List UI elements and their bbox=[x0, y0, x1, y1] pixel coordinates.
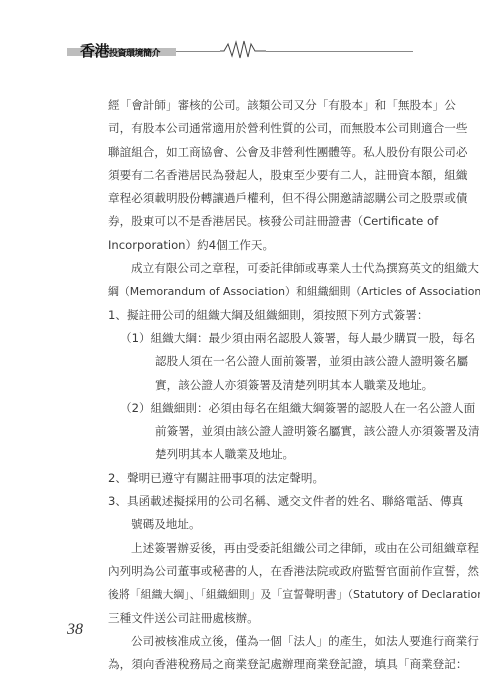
list-item-1: 1、擬註冊公司的組織大綱及組織細則，須按照下列方式簽署： bbox=[108, 304, 414, 327]
sublist-item-2-cont: 楚列明其本人職業及地址。 bbox=[108, 443, 414, 466]
header-title-small: 投資環境簡介 bbox=[109, 46, 160, 59]
paragraph-line: 上述簽署辦妥後，再由受委託組織公司之律師，或由在公司組織章程 bbox=[108, 537, 414, 560]
list-item-2: 2、聲明已遵守有關註冊事項的法定聲明。 bbox=[108, 467, 414, 490]
paragraph-line: 須要有二名香港居民為發起人，股東至少要有二人，註冊資本額，組織 bbox=[108, 164, 414, 187]
sublist-item-2: （2）組織細則：必須由每名在組織大綱簽署的認股人在一名公證人面 bbox=[108, 397, 414, 420]
paragraph-line: 後將「組織大綱」、「組織細則」及「宣誓聲明書」（Statutory of Dec… bbox=[108, 583, 414, 606]
paragraph-line: 經「會計師」審核的公司。該類公司又分「有股本」和「無股本」公 bbox=[108, 94, 414, 117]
sublist-item-1: （1）組織大綱：最少須由兩名認股人簽署，每人最少購買一股，每名 bbox=[108, 327, 414, 350]
paragraph-line: 券，股東可以不是香港居民。核發公司註冊證書（Certificate of bbox=[108, 210, 414, 233]
sublist-item-2-cont: 前簽署，並須由該公證人證明簽名屬實，該公證人亦須簽署及清 bbox=[108, 420, 414, 443]
paragraph-line: 為，須向香港稅務局之商業登記處辦理商業登記證，填具「商業登記： bbox=[108, 653, 414, 676]
running-header: 香港 投資環境簡介 bbox=[0, 0, 480, 70]
sublist-item-1-cont: 實，該公證人亦須簽署及清楚列明其本人職業及地址。 bbox=[108, 374, 414, 397]
paragraph-line: 內列明為公司董事或秘書的人，在香港法院或政府監誓官面前作宣誓，然 bbox=[108, 560, 414, 583]
header-rule bbox=[176, 51, 413, 52]
paragraph-line: 司，有股本公司通常適用於營利性質的公司，而無股本公司則適合一些 bbox=[108, 117, 414, 140]
header-title: 香港 投資環境簡介 bbox=[80, 40, 160, 58]
list-item-3-cont: 號碼及地址。 bbox=[108, 513, 414, 536]
page-number: 38 bbox=[67, 621, 83, 639]
paragraph-line: Incorporation）約4個工作天。 bbox=[108, 234, 414, 257]
body-text: 經「會計師」審核的公司。該類公司又分「有股本」和「無股本」公 司，有股本公司通常… bbox=[108, 94, 414, 676]
paragraph-line: 綱（Memorandum of Association）和組織細則（Articl… bbox=[108, 280, 414, 303]
heartbeat-wave-icon bbox=[220, 38, 266, 64]
paragraph-line: 章程必須載明股份轉讓過戶權利，但不得公開邀請認購公司之股票或債 bbox=[108, 187, 414, 210]
paragraph-line: 三種文件送公司註冊處核辦。 bbox=[108, 607, 414, 630]
header-title-large: 香港 bbox=[80, 40, 109, 61]
paragraph-line: 聯誼組合，如工商協會、公會及非營利性團體等。私人股份有限公司必 bbox=[108, 141, 414, 164]
paragraph-line: 成立有限公司之章程，可委託律師或專業人士代為撰寫英文的組織大 bbox=[108, 257, 414, 280]
sublist-item-1-cont: 認股人須在一名公證人面前簽署，並須由該公證人證明簽名屬 bbox=[108, 350, 414, 373]
list-item-3: 3、具函載述擬採用的公司名稱、遞交文件者的姓名、聯絡電話、傳真 bbox=[108, 490, 414, 513]
paragraph-line: 公司被核准成立後，僅為一個「法人」的產生，如法人要進行商業行 bbox=[108, 630, 414, 653]
